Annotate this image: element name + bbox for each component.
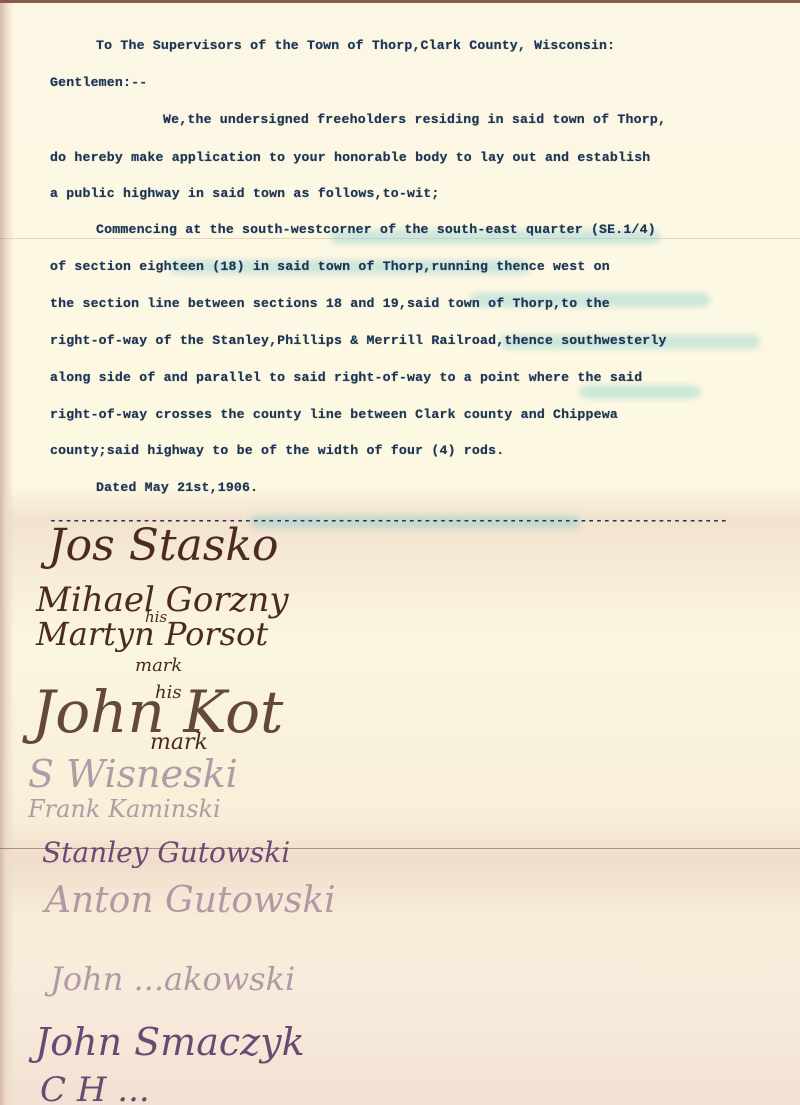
signature: C H ... xyxy=(40,1070,150,1105)
signature: Frank Kaminski xyxy=(28,795,221,823)
signature: Stanley Gutowski xyxy=(42,836,290,869)
paragraph-2-line-3: the section line between sections 18 and… xyxy=(50,296,610,311)
paragraph-1-line-1: We,the undersigned freeholders residing … xyxy=(163,112,666,127)
paragraph-2-line-6: right-of-way crosses the county line bet… xyxy=(50,407,618,422)
paragraph-2-line-1: Commencing at the south-westcorner of th… xyxy=(96,222,656,237)
paragraph-1-line-3: a public highway in said town as follows… xyxy=(50,186,439,201)
signature-mark-mark: mark xyxy=(135,655,182,676)
address-line: To The Supervisors of the Town of Thorp,… xyxy=(96,38,615,53)
signature: S Wisneski xyxy=(28,752,238,796)
date-line: Dated May 21st,1906. xyxy=(96,480,258,495)
signature: Jos Stasko xyxy=(48,520,278,571)
salutation: Gentlemen:-- xyxy=(50,75,147,90)
signature: John ...akowski xyxy=(50,960,295,998)
signature: John Smaczyk xyxy=(35,1020,305,1064)
signature: Anton Gutowski xyxy=(45,880,336,921)
signature: Martyn Porsot xyxy=(36,615,268,653)
paragraph-2-line-2: of section eighteen (18) in said town of… xyxy=(50,259,610,274)
paragraph-2-line-4: right-of-way of the Stanley,Phillips & M… xyxy=(50,333,667,348)
paragraph-2-line-7: county;said highway to be of the width o… xyxy=(50,443,504,458)
paragraph-2-line-5: along side of and parallel to said right… xyxy=(50,370,642,385)
paragraph-1-line-2: do hereby make application to your honor… xyxy=(50,150,650,165)
